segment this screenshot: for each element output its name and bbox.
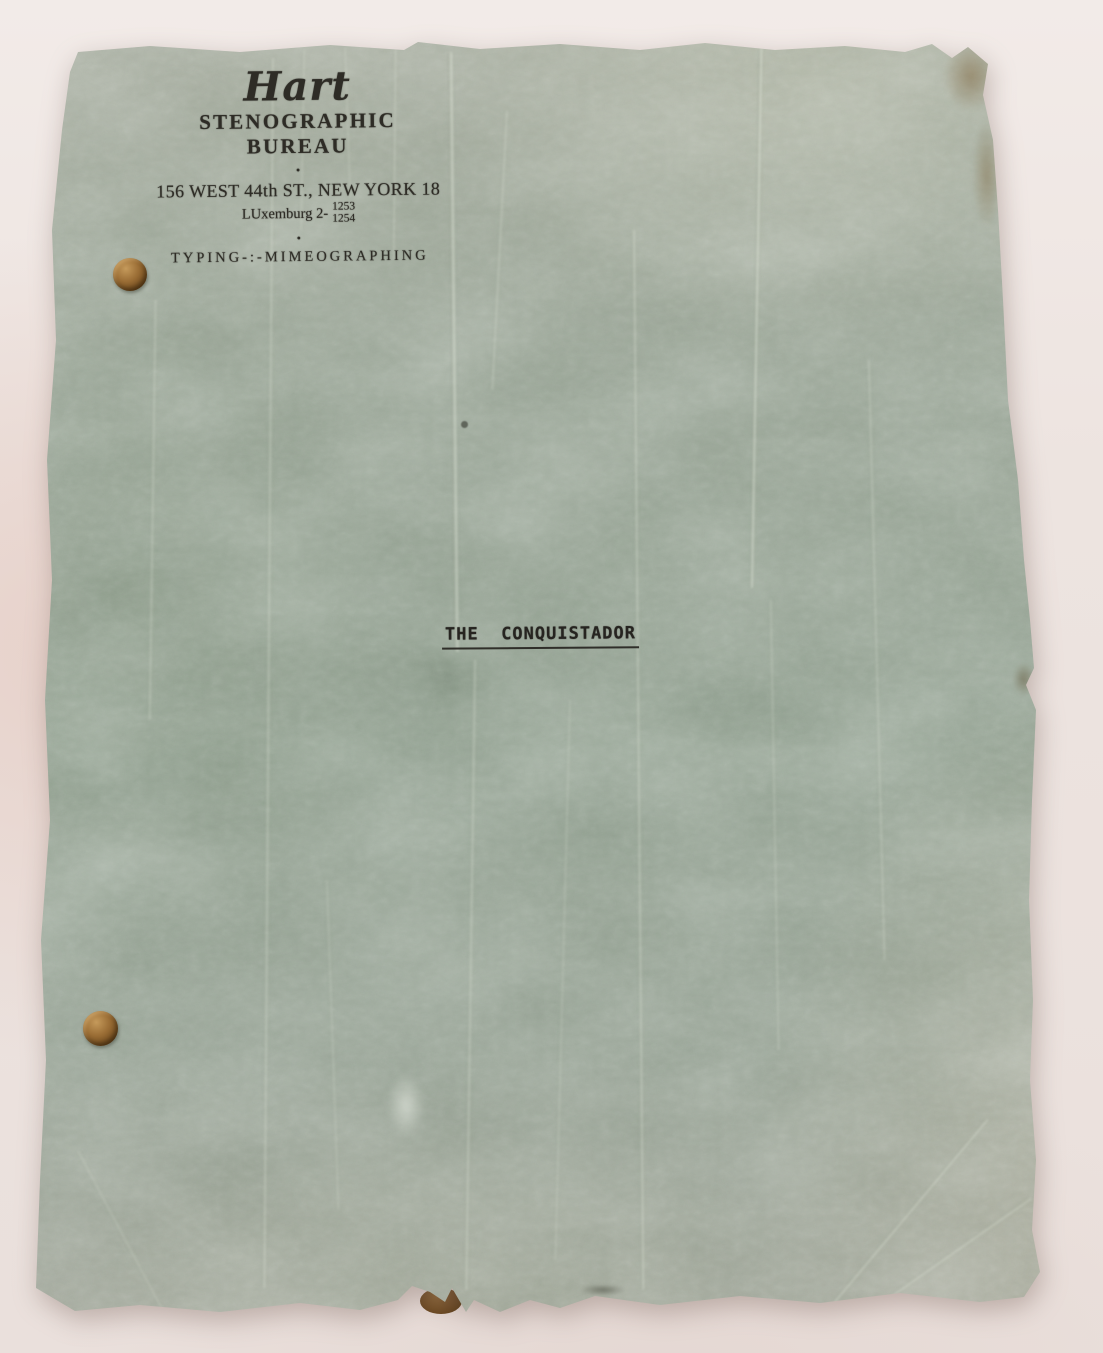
service-mimeographing: MIMEOGRAPHING <box>265 247 429 266</box>
services-line: TYPING -:- MIMEOGRAPHING <box>171 247 427 267</box>
service-typing: TYPING <box>171 249 242 267</box>
bureau-stamp: Hart STENOGRAPHIC BUREAU • 156 WEST 44th… <box>147 64 449 267</box>
bullet-separator-icon: • <box>149 230 449 245</box>
phone-line: LUxemburg 2- 1253 1254 <box>148 200 448 228</box>
script-cover: Hart STENOGRAPHIC BUREAU • 156 WEST 44th… <box>0 0 1103 1353</box>
brand-script: Hart <box>147 64 447 109</box>
phone-exchange: LUxemburg 2- <box>242 206 329 224</box>
service-separator: -:- <box>242 249 265 266</box>
address-line: 156 WEST 44th ST., NEW YORK 18 <box>148 178 448 202</box>
bureau-name: STENOGRAPHIC BUREAU <box>147 107 448 160</box>
bullet-separator-icon: • <box>148 162 448 177</box>
script-title: THE CONQUISTADOR <box>442 623 639 649</box>
photo-backdrop: Hart STENOGRAPHIC BUREAU • 156 WEST 44th… <box>0 0 1103 1353</box>
brass-fastener-middle-icon <box>83 1011 118 1046</box>
cover-shadow: Hart STENOGRAPHIC BUREAU • 156 WEST 44th… <box>0 0 1103 1353</box>
phone-number-bottom: 1254 <box>332 213 355 226</box>
brass-fastener-top-icon <box>113 258 147 291</box>
phone-numbers: 1253 1254 <box>332 200 355 225</box>
phone-number-top: 1253 <box>332 200 355 213</box>
